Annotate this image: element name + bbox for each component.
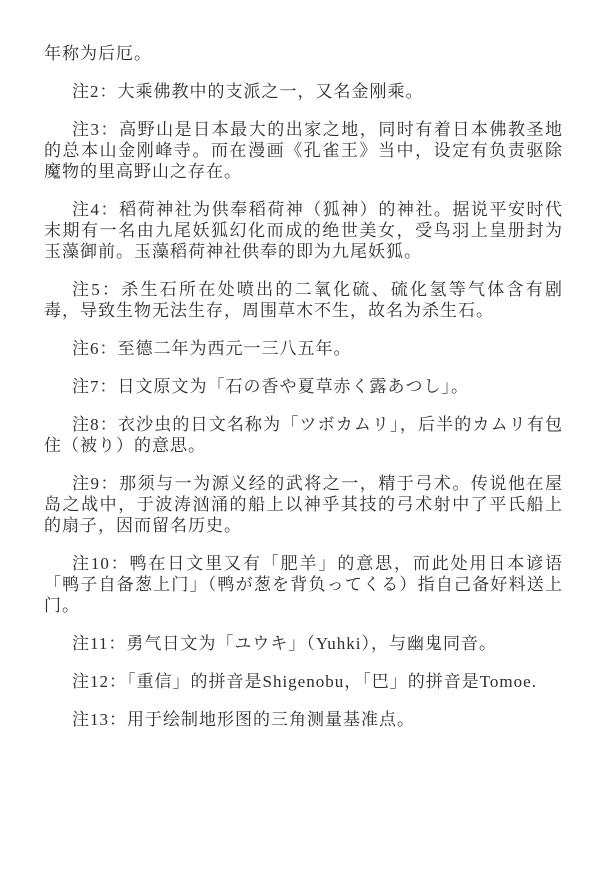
footnote-label: 注5： bbox=[72, 280, 121, 299]
footnote-text: 那须与一为源义经的武将之一，精于弓术。传说他在屋岛之战中，于波涛汹涌的船上以神乎… bbox=[44, 474, 563, 535]
footnote-text: 「重信」的拼音是Shigenobu，「巴」的拼音是Tomoe. bbox=[127, 672, 537, 691]
footnote-label: 注2： bbox=[72, 82, 118, 101]
footnote-label: 注8： bbox=[72, 415, 118, 434]
footnote-text: 高野山是日本最大的出家之地，同时有着日本佛教圣地的总本山金刚峰寺。而在漫画《孔雀… bbox=[44, 120, 563, 181]
footnote-text: 衣沙虫的日文名称为「ツボカムリ」，后半的カムリ有包住（被り）的意思。 bbox=[44, 415, 563, 455]
footnote-text: 勇气日文为「ユウキ」（Yuhki），与幽鬼同音。 bbox=[126, 634, 497, 653]
footnote-label: 注6： bbox=[72, 339, 118, 358]
footnote-label: 注4： bbox=[72, 200, 119, 219]
footnote-paragraph: 注3：高野山是日本最大的出家之地，同时有着日本佛教圣地的总本山金刚峰寺。而在漫画… bbox=[44, 119, 563, 182]
footnote-paragraph: 注5：杀生石所在处喷出的二氧化硫、硫化氢等气体含有剧毒，导致生物无法生存，周围草… bbox=[44, 279, 563, 321]
footnote-label: 注3： bbox=[72, 120, 119, 139]
footnote-paragraph: 注12：「重信」的拼音是Shigenobu，「巴」的拼音是Tomoe. bbox=[44, 671, 563, 692]
footnote-text: 至德二年为西元一三八五年。 bbox=[118, 339, 352, 358]
footnote-paragraph: 注11：勇气日文为「ユウキ」（Yuhki），与幽鬼同音。 bbox=[44, 633, 563, 654]
footnote-label: 注13： bbox=[72, 710, 127, 729]
footnote-label: 注9： bbox=[72, 474, 119, 493]
footnote-paragraph: 注13：用于绘制地形图的三角测量基准点。 bbox=[44, 709, 563, 730]
footnote-paragraph: 注9：那须与一为源义经的武将之一，精于弓术。传说他在屋岛之战中，于波涛汹涌的船上… bbox=[44, 473, 563, 536]
footnote-label: 注10： bbox=[72, 554, 130, 573]
footnote-paragraph: 注4：稻荷神社为供奉稻荷神（狐神）的神社。据说平安时代末期有一名由九尾妖狐幻化而… bbox=[44, 199, 563, 262]
footnote-paragraph: 注10：鸭在日文里又有「肥羊」的意思，而此处用日本谚语「鸭子自备葱上门」（鸭が葱… bbox=[44, 553, 563, 616]
footnote-text: 用于绘制地形图的三角测量基准点。 bbox=[127, 710, 415, 729]
footnote-text: 杀生石所在处喷出的二氧化硫、硫化氢等气体含有剧毒，导致生物无法生存，周围草木不生… bbox=[44, 280, 563, 320]
footnote-paragraph: 注7：日文原文为「石の香や夏草赤く露あつし」。 bbox=[44, 376, 563, 397]
footnote-paragraph: 注8：衣沙虫的日文名称为「ツボカムリ」，后半的カムリ有包住（被り）的意思。 bbox=[44, 414, 563, 456]
continuation-text: 年称为后厄。 bbox=[44, 44, 152, 63]
footnote-paragraph: 注2：大乘佛教中的支派之一，又名金刚乘。 bbox=[44, 81, 563, 102]
footnote-label: 注11： bbox=[72, 634, 126, 653]
document-page: 年称为后厄。 注2：大乘佛教中的支派之一，又名金刚乘。 注3：高野山是日本最大的… bbox=[0, 0, 613, 869]
footnote-text: 大乘佛教中的支派之一，又名金刚乘。 bbox=[118, 82, 424, 101]
footnote-label: 注12： bbox=[72, 672, 127, 691]
continuation-paragraph: 年称为后厄。 bbox=[44, 43, 563, 64]
footnote-text: 稻荷神社为供奉稻荷神（狐神）的神社。据说平安时代末期有一名由九尾妖狐幻化而成的绝… bbox=[44, 200, 563, 261]
footnote-text: 日文原文为「石の香や夏草赤く露あつし」。 bbox=[118, 377, 470, 396]
footnote-label: 注7： bbox=[72, 377, 118, 396]
footnotes-section: 年称为后厄。 注2：大乘佛教中的支派之一，又名金刚乘。 注3：高野山是日本最大的… bbox=[44, 43, 563, 730]
footnote-paragraph: 注6：至德二年为西元一三八五年。 bbox=[44, 338, 563, 359]
